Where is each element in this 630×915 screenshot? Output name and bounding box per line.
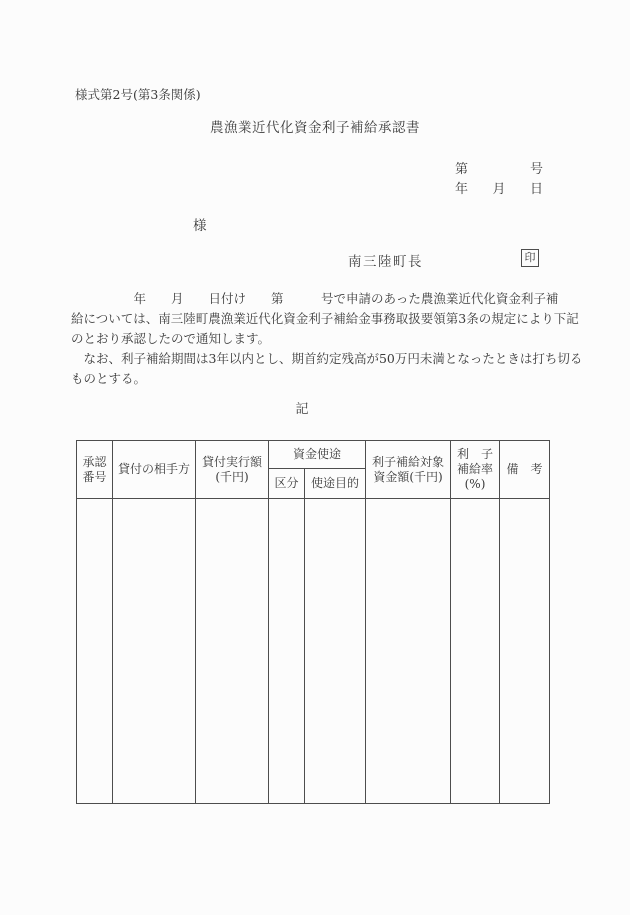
cell-borrower (113, 499, 196, 804)
table-row (77, 499, 550, 804)
cell-subsidy-target-amount (366, 499, 451, 804)
body-line: なお、利子補給期間は3年以内とし、期首約定残高が50万円未満となったときは打ち切… (71, 349, 582, 369)
header-fund-use: 資金使途 (269, 441, 366, 469)
header-subsidy-target-amount: 利子補給対象 資金額(千円) (366, 441, 451, 499)
body-line: のとおり承認したので通知します。 (71, 329, 582, 349)
date-year-label: 年 (455, 178, 468, 197)
body-line: 給については、南三陸町農漁業近代化資金利子補給金事務取扱要領第3条の規定により下… (71, 309, 582, 329)
header-fund-use-category: 区分 (269, 469, 305, 499)
document-title: 農漁業近代化資金利子補給承認書 (0, 116, 630, 136)
seal-stamp: 印 (521, 249, 539, 267)
document-number-line: 第 号 (455, 158, 543, 177)
date-day-label: 日 (530, 178, 543, 197)
document-number-suffix: 号 (530, 158, 543, 177)
list-marker: 記 (0, 398, 604, 417)
cell-fund-use-category (269, 499, 305, 804)
sender-title: 南三陸町長 (348, 250, 423, 270)
header-approval-number: 承認 番号 (77, 441, 113, 499)
addressee-honorific: 様 (193, 214, 207, 234)
header-remarks: 備 考 (500, 441, 550, 499)
cell-approval-number (77, 499, 113, 804)
cell-subsidy-rate (451, 499, 500, 804)
header-fund-use-purpose: 使途目的 (305, 469, 366, 499)
approval-table: 承認 番号 貸付の相手方 貸付実行額 (千円) 資金使途 利子補給対象 資金額(… (76, 440, 550, 804)
header-loan-amount: 貸付実行額 (千円) (196, 441, 269, 499)
form-number-label: 様式第2号(第3条関係) (75, 85, 201, 103)
cell-remarks (500, 499, 550, 804)
document-number-prefix: 第 (455, 158, 468, 177)
body-line: 年 月 日付け 第 号で申請のあった農漁業近代化資金利子補 (71, 289, 582, 309)
date-month-label: 月 (492, 178, 505, 197)
body-paragraph: 年 月 日付け 第 号で申請のあった農漁業近代化資金利子補 給については、南三陸… (71, 289, 582, 389)
body-line: ものとする。 (71, 369, 582, 389)
header-subsidy-rate: 利 子 補給率 (%) (451, 441, 500, 499)
cell-loan-amount (196, 499, 269, 804)
cell-fund-use-purpose (305, 499, 366, 804)
date-line: 年 月 日 (455, 178, 543, 197)
header-borrower: 貸付の相手方 (113, 441, 196, 499)
document-page: 様式第2号(第3条関係) 農漁業近代化資金利子補給承認書 第 号 年 月 日 様… (0, 0, 630, 915)
